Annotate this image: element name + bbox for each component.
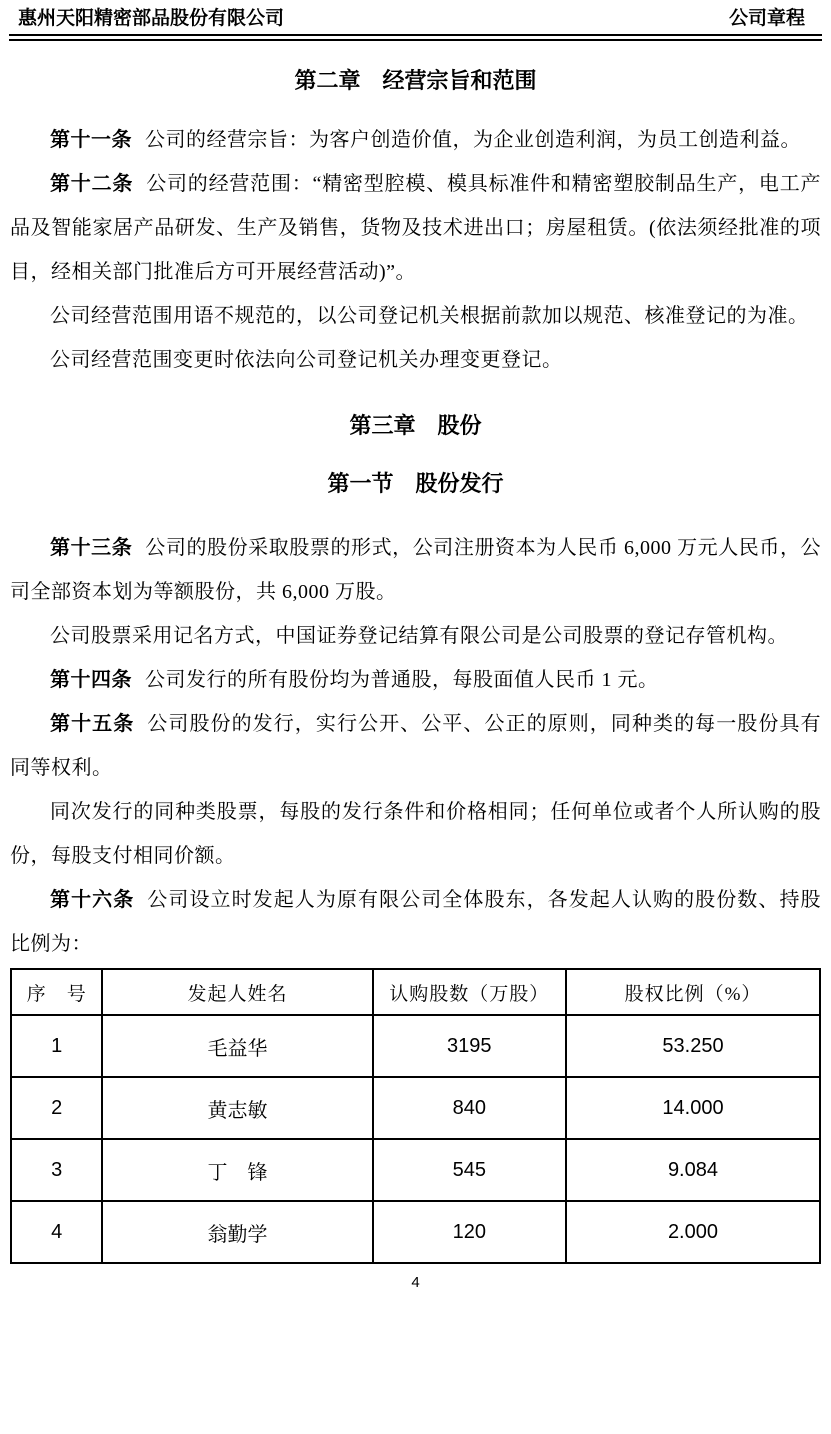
article-15-paragraph: 第十五条公司股份的发行，实行公开、公平、公正的原则，同种类的每一股份具有同等权利… — [10, 702, 821, 790]
document-page: 惠州天阳精密部品股份有限公司 公司章程 第二章 经营宗旨和范围 第十一条公司的经… — [0, 0, 831, 1434]
article-12-number: 第十二条 — [50, 173, 133, 195]
founder-name: 丁 锋 — [102, 1139, 372, 1201]
table-row: 3 丁 锋 545 9.084 — [11, 1139, 820, 1201]
article-11-paragraph: 第十一条公司的经营宗旨：为客户创造价值，为企业创造利润，为员工创造利益。 — [10, 118, 821, 162]
header-divider-rule — [9, 34, 822, 41]
scope-normalization-paragraph: 公司经营范围用语不规范的，以公司登记机关根据前款加以规范、核准登记的为准。 — [10, 294, 821, 338]
same-issue-paragraph: 同次发行的同种类股票，每股的发行条件和价格相同；任何单位或者个人所认购的股份，每… — [10, 790, 821, 878]
col-header-equity-ratio: 股权比例（%） — [566, 969, 820, 1015]
article-13-paragraph: 第十三条公司的股份采取股票的形式，公司注册资本为人民币 6,000 万元人民币，… — [10, 526, 821, 614]
shares-subscribed: 120 — [373, 1201, 566, 1263]
col-header-shares: 认购股数（万股） — [373, 969, 566, 1015]
equity-ratio: 53.250 — [566, 1015, 820, 1077]
article-14-text: 公司发行的所有股份均为普通股，每股面值人民币 1 元。 — [145, 669, 659, 691]
article-13-number: 第十三条 — [50, 537, 132, 559]
share-registrar-paragraph: 公司股票采用记名方式，中国证券登记结算有限公司是公司股票的登记存管机构。 — [10, 614, 821, 658]
equity-ratio: 14.000 — [566, 1077, 820, 1139]
table-row: 4 翁勤学 120 2.000 — [11, 1201, 820, 1263]
shares-subscribed: 840 — [373, 1077, 566, 1139]
founders-table: 序 号 发起人姓名 认购股数（万股） 股权比例（%） 1 毛益华 3195 53… — [10, 968, 821, 1264]
article-11-text: 公司的经营宗旨：为客户创造价值，为企业创造利润，为员工创造利益。 — [145, 129, 801, 151]
document-body: 第二章 经营宗旨和范围 第十一条公司的经营宗旨：为客户创造价值，为企业创造利润，… — [0, 65, 831, 1264]
col-header-founder-name: 发起人姓名 — [102, 969, 372, 1015]
chapter-2-heading: 第二章 经营宗旨和范围 — [10, 65, 821, 97]
article-16-number: 第十六条 — [50, 889, 134, 911]
row-index: 3 — [11, 1139, 102, 1201]
article-14-paragraph: 第十四条公司发行的所有股份均为普通股，每股面值人民币 1 元。 — [10, 658, 821, 702]
equity-ratio: 9.084 — [566, 1139, 820, 1201]
founder-name: 翁勤学 — [102, 1201, 372, 1263]
article-16-paragraph: 第十六条公司设立时发起人为原有限公司全体股东，各发起人认购的股份数、持股比例为： — [10, 878, 821, 966]
page-number: 4 — [0, 1274, 831, 1291]
shares-subscribed: 545 — [373, 1139, 566, 1201]
equity-ratio: 2.000 — [566, 1201, 820, 1263]
page-header: 惠州天阳精密部品股份有限公司 公司章程 — [0, 6, 831, 34]
shares-subscribed: 3195 — [373, 1015, 566, 1077]
section-1-heading: 第一节 股份发行 — [10, 468, 821, 500]
article-12-paragraph: 第十二条公司的经营范围：“精密型腔模、模具标准件和精密塑胶制品生产，电工产品及智… — [10, 162, 821, 294]
scope-change-paragraph: 公司经营范围变更时依法向公司登记机关办理变更登记。 — [10, 338, 821, 382]
founder-name: 毛益华 — [102, 1015, 372, 1077]
article-11-number: 第十一条 — [50, 129, 132, 151]
row-index: 4 — [11, 1201, 102, 1263]
founder-name: 黄志敏 — [102, 1077, 372, 1139]
article-15-number: 第十五条 — [50, 713, 134, 735]
table-row: 2 黄志敏 840 14.000 — [11, 1077, 820, 1139]
article-14-number: 第十四条 — [50, 669, 132, 691]
table-row: 1 毛益华 3195 53.250 — [11, 1015, 820, 1077]
header-doc-title: 公司章程 — [729, 6, 805, 32]
row-index: 1 — [11, 1015, 102, 1077]
chapter-3-heading: 第三章 股份 — [10, 410, 821, 442]
header-company-name: 惠州天阳精密部品股份有限公司 — [18, 6, 284, 32]
row-index: 2 — [11, 1077, 102, 1139]
table-header-row: 序 号 发起人姓名 认购股数（万股） 股权比例（%） — [11, 969, 820, 1015]
col-header-index: 序 号 — [11, 969, 102, 1015]
